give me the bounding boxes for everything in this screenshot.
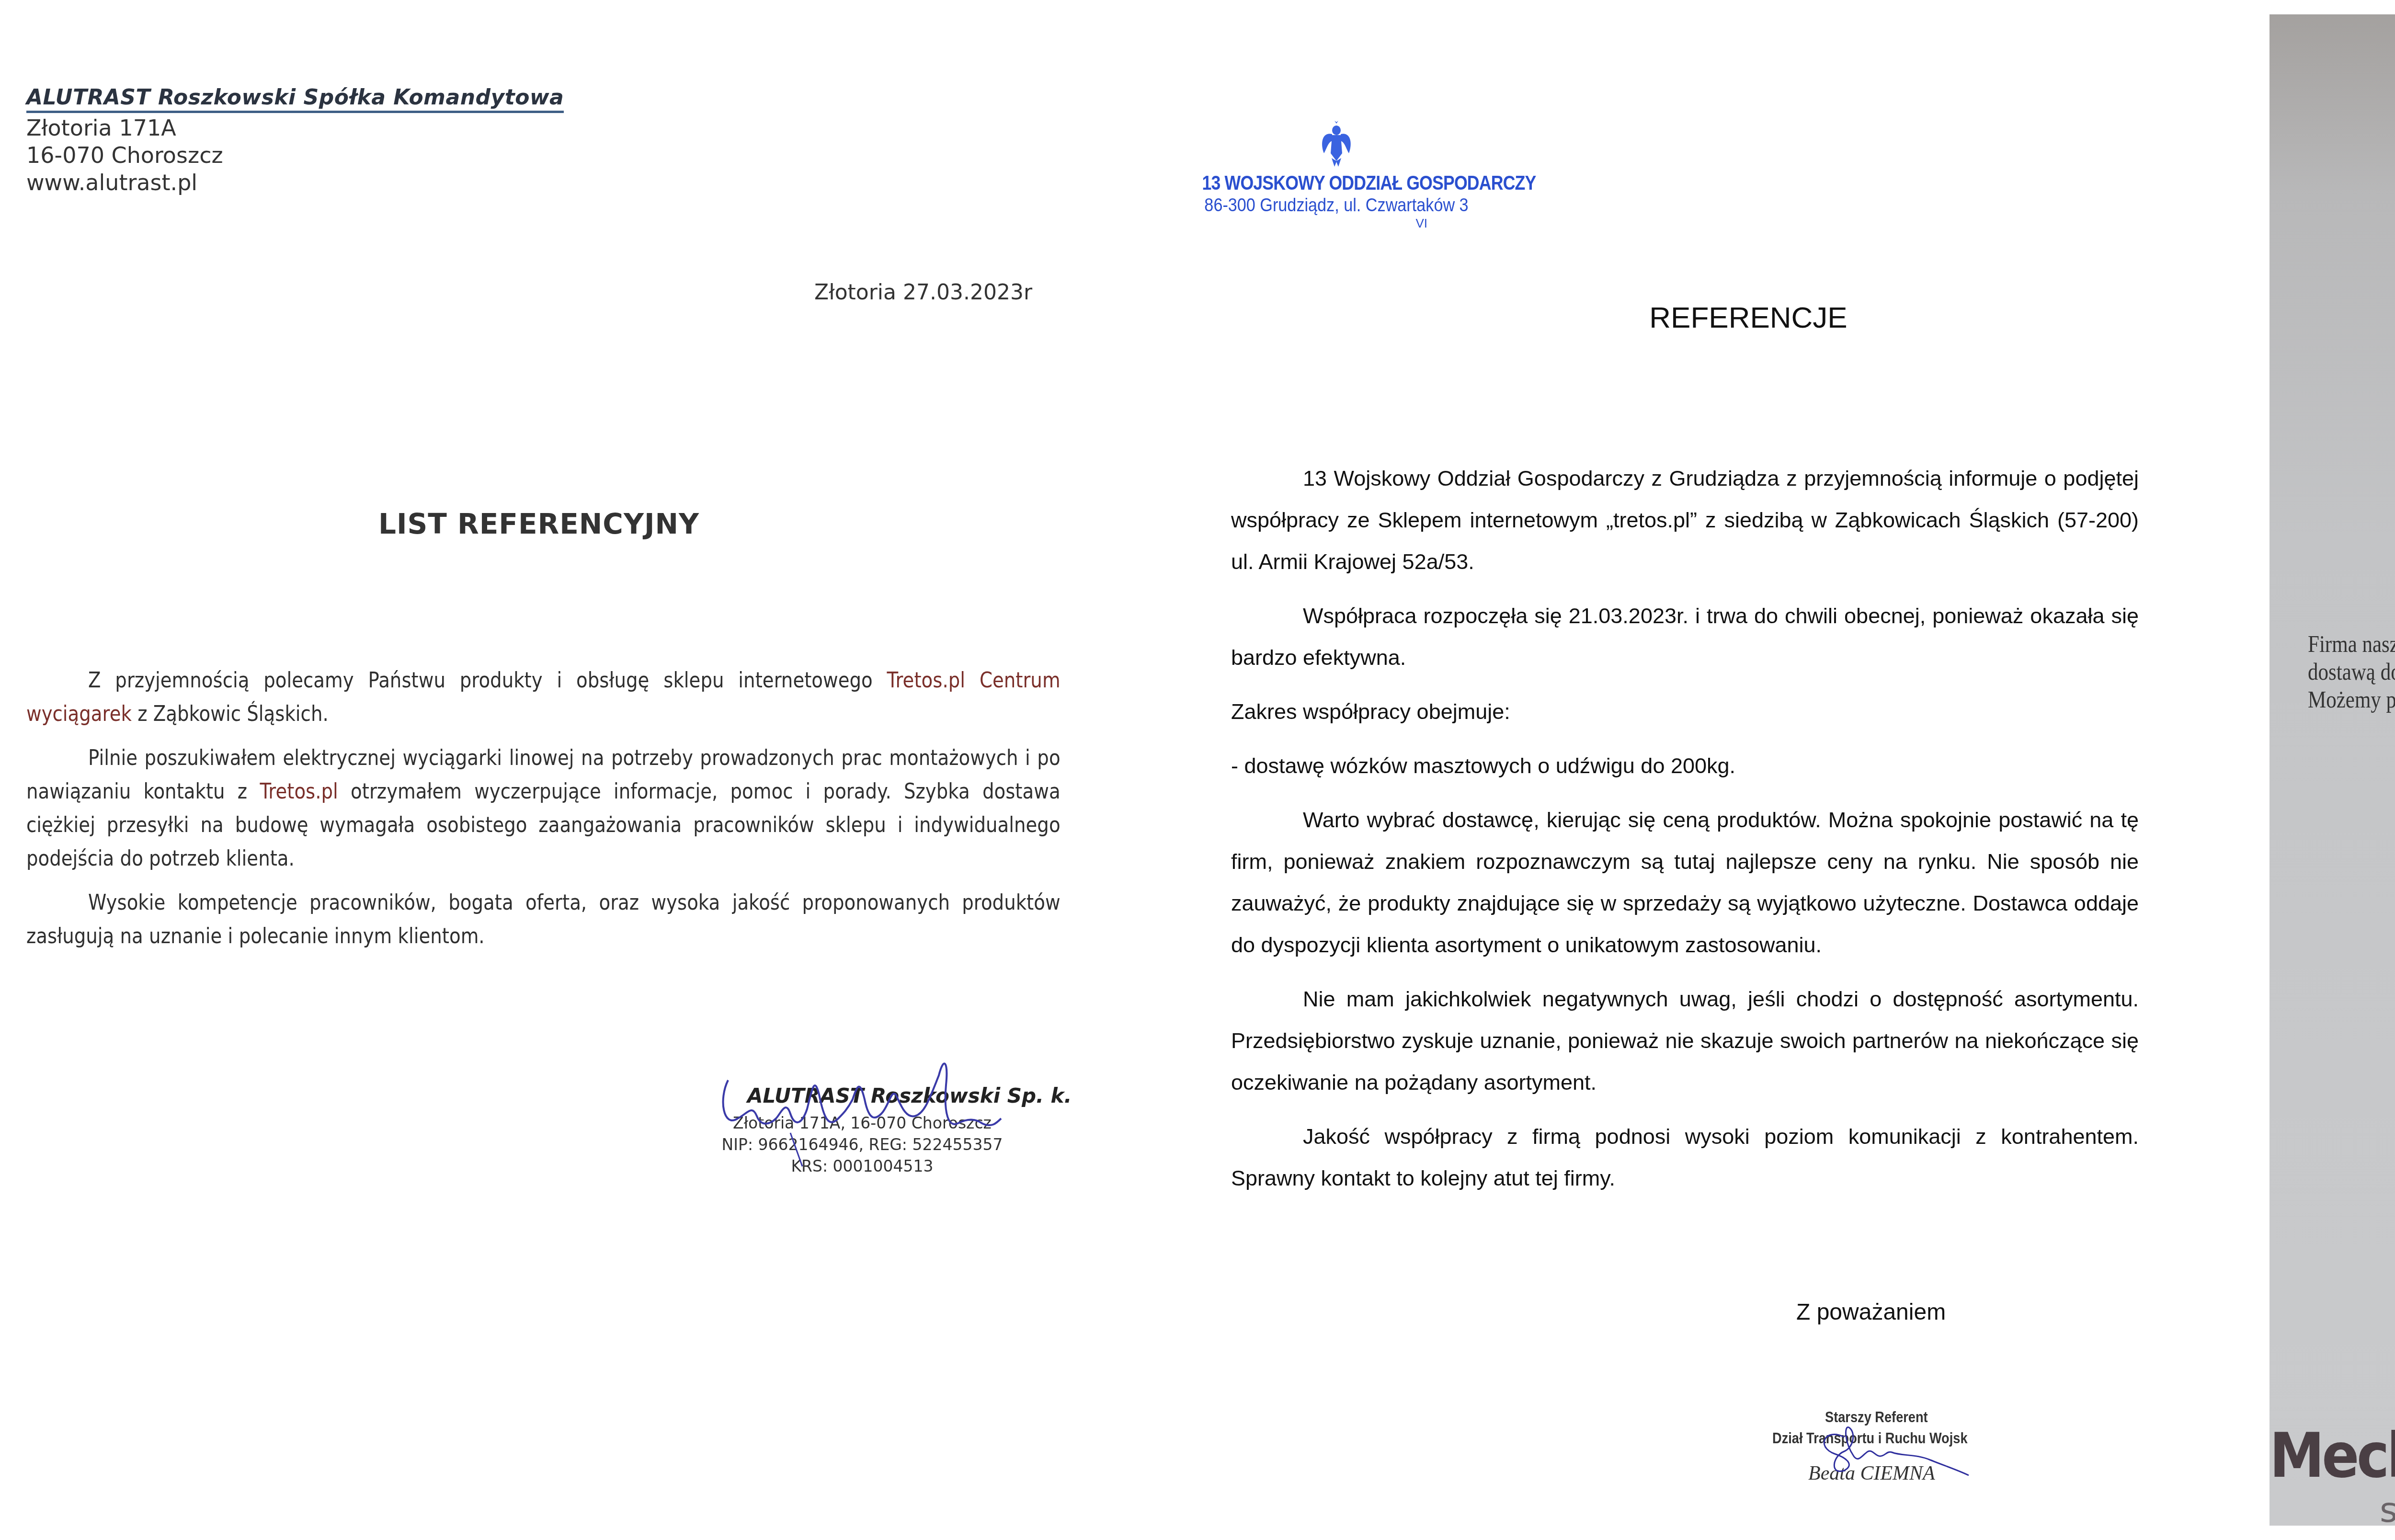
address-line: Złotoria 171A [26,115,176,141]
company-logo-subtitle: serwis. [2380,1490,2395,1526]
paragraph: 13 Wojskowy Oddział Gospodarczy z Grudzi… [1231,457,2139,582]
letter-body: Firma nasza złożyła już kilka zamówień w… [2308,630,2395,713]
paragraph: Zakres współpracy obejmuje: [1231,691,2139,732]
signature-block: Starszy Referent Dział Transportu i Ruch… [1772,1408,2002,1504]
paragraph: Jakość współpracy z firmą podnosi wysoki… [1231,1116,2139,1199]
letter-title: List referencyjny [2302,316,2395,349]
company-logo: Mech [2270,1420,2395,1492]
logo-word: serwis [2380,1490,2395,1526]
paragraph-text: Wysokie kompetencje pracowników, bogata … [26,890,1061,948]
letter-title: LIST REFERENCYJNY [0,508,1078,540]
letter-date: Złotoria 27.03.2023r [814,280,1032,305]
address-line: 16-070 Choroszcz [26,142,223,168]
mech-serwis-reference-letter: Gliwice 28 03 2023 List referencyjny Fir… [2270,14,2395,1526]
letter-title: REFERENCJE [1533,301,1964,335]
paragraph: Z przyjemnością polecamy Państwu produkt… [26,663,1061,730]
paragraph: Nie mam jakichkolwiek negatywnych uwag, … [1231,978,2139,1103]
tretos-link[interactable]: Tretos.pl [260,778,338,804]
paragraph: Współpraca rozpoczęła się 21.03.2023r. i… [1231,595,2139,678]
letter-body: Z przyjemnością polecamy Państwu produkt… [26,663,1061,963]
eagle-emblem-icon [1317,120,1356,168]
handwritten-signature-icon [1772,1408,2002,1504]
paragraph-text: Z przyjemnością polecamy Państwu produkt… [88,667,887,693]
stamp-address: 86-300 Grudziądz, ul. Czwartaków 3 [1194,195,1479,216]
paragraph: Pilnie poszukiwałem elektrycznej wyciąga… [26,741,1061,875]
company-stamp: ALUTRAST Roszkowski Sp. k. Złotoria 171A… [699,1047,1025,1190]
recommendation-text: Możemy polecić tego dostawcę jako rzetel… [2308,686,2395,713]
military-unit-stamp: 13 WOJSKOWY ODDZIAŁ GOSPODARCZY 86-300 G… [1178,120,1494,231]
paragraph: Wysokie kompetencje pracowników, bogata … [26,886,1061,953]
closing-salutation: Z poważaniem [1796,1299,1946,1325]
stamp-section: VI [1178,216,1494,231]
paragraph-text: z Ząbkowic Śląskich. [132,701,329,726]
stamp-unit-name: 13 WOJSKOWY ODDZIAŁ GOSPODARCZY [1202,171,1471,194]
paragraph: Warto wybrać dostawcę, kierując się ceną… [1231,799,2139,966]
handwritten-signature-icon [699,1047,1025,1190]
paragraph-text: Firma nasza złożyła już kilka zamówień w [2308,630,2395,657]
website-link[interactable]: www.alutrast.pl [26,170,197,195]
company-name: ALUTRAST Roszkowski Spółka Komandytowa [26,85,564,113]
letter-body: 13 Wojskowy Oddział Gospodarczy z Grudzi… [1231,457,2139,1211]
list-item: - dostawę wózków masztowych o udźwigu do… [1231,745,2139,787]
